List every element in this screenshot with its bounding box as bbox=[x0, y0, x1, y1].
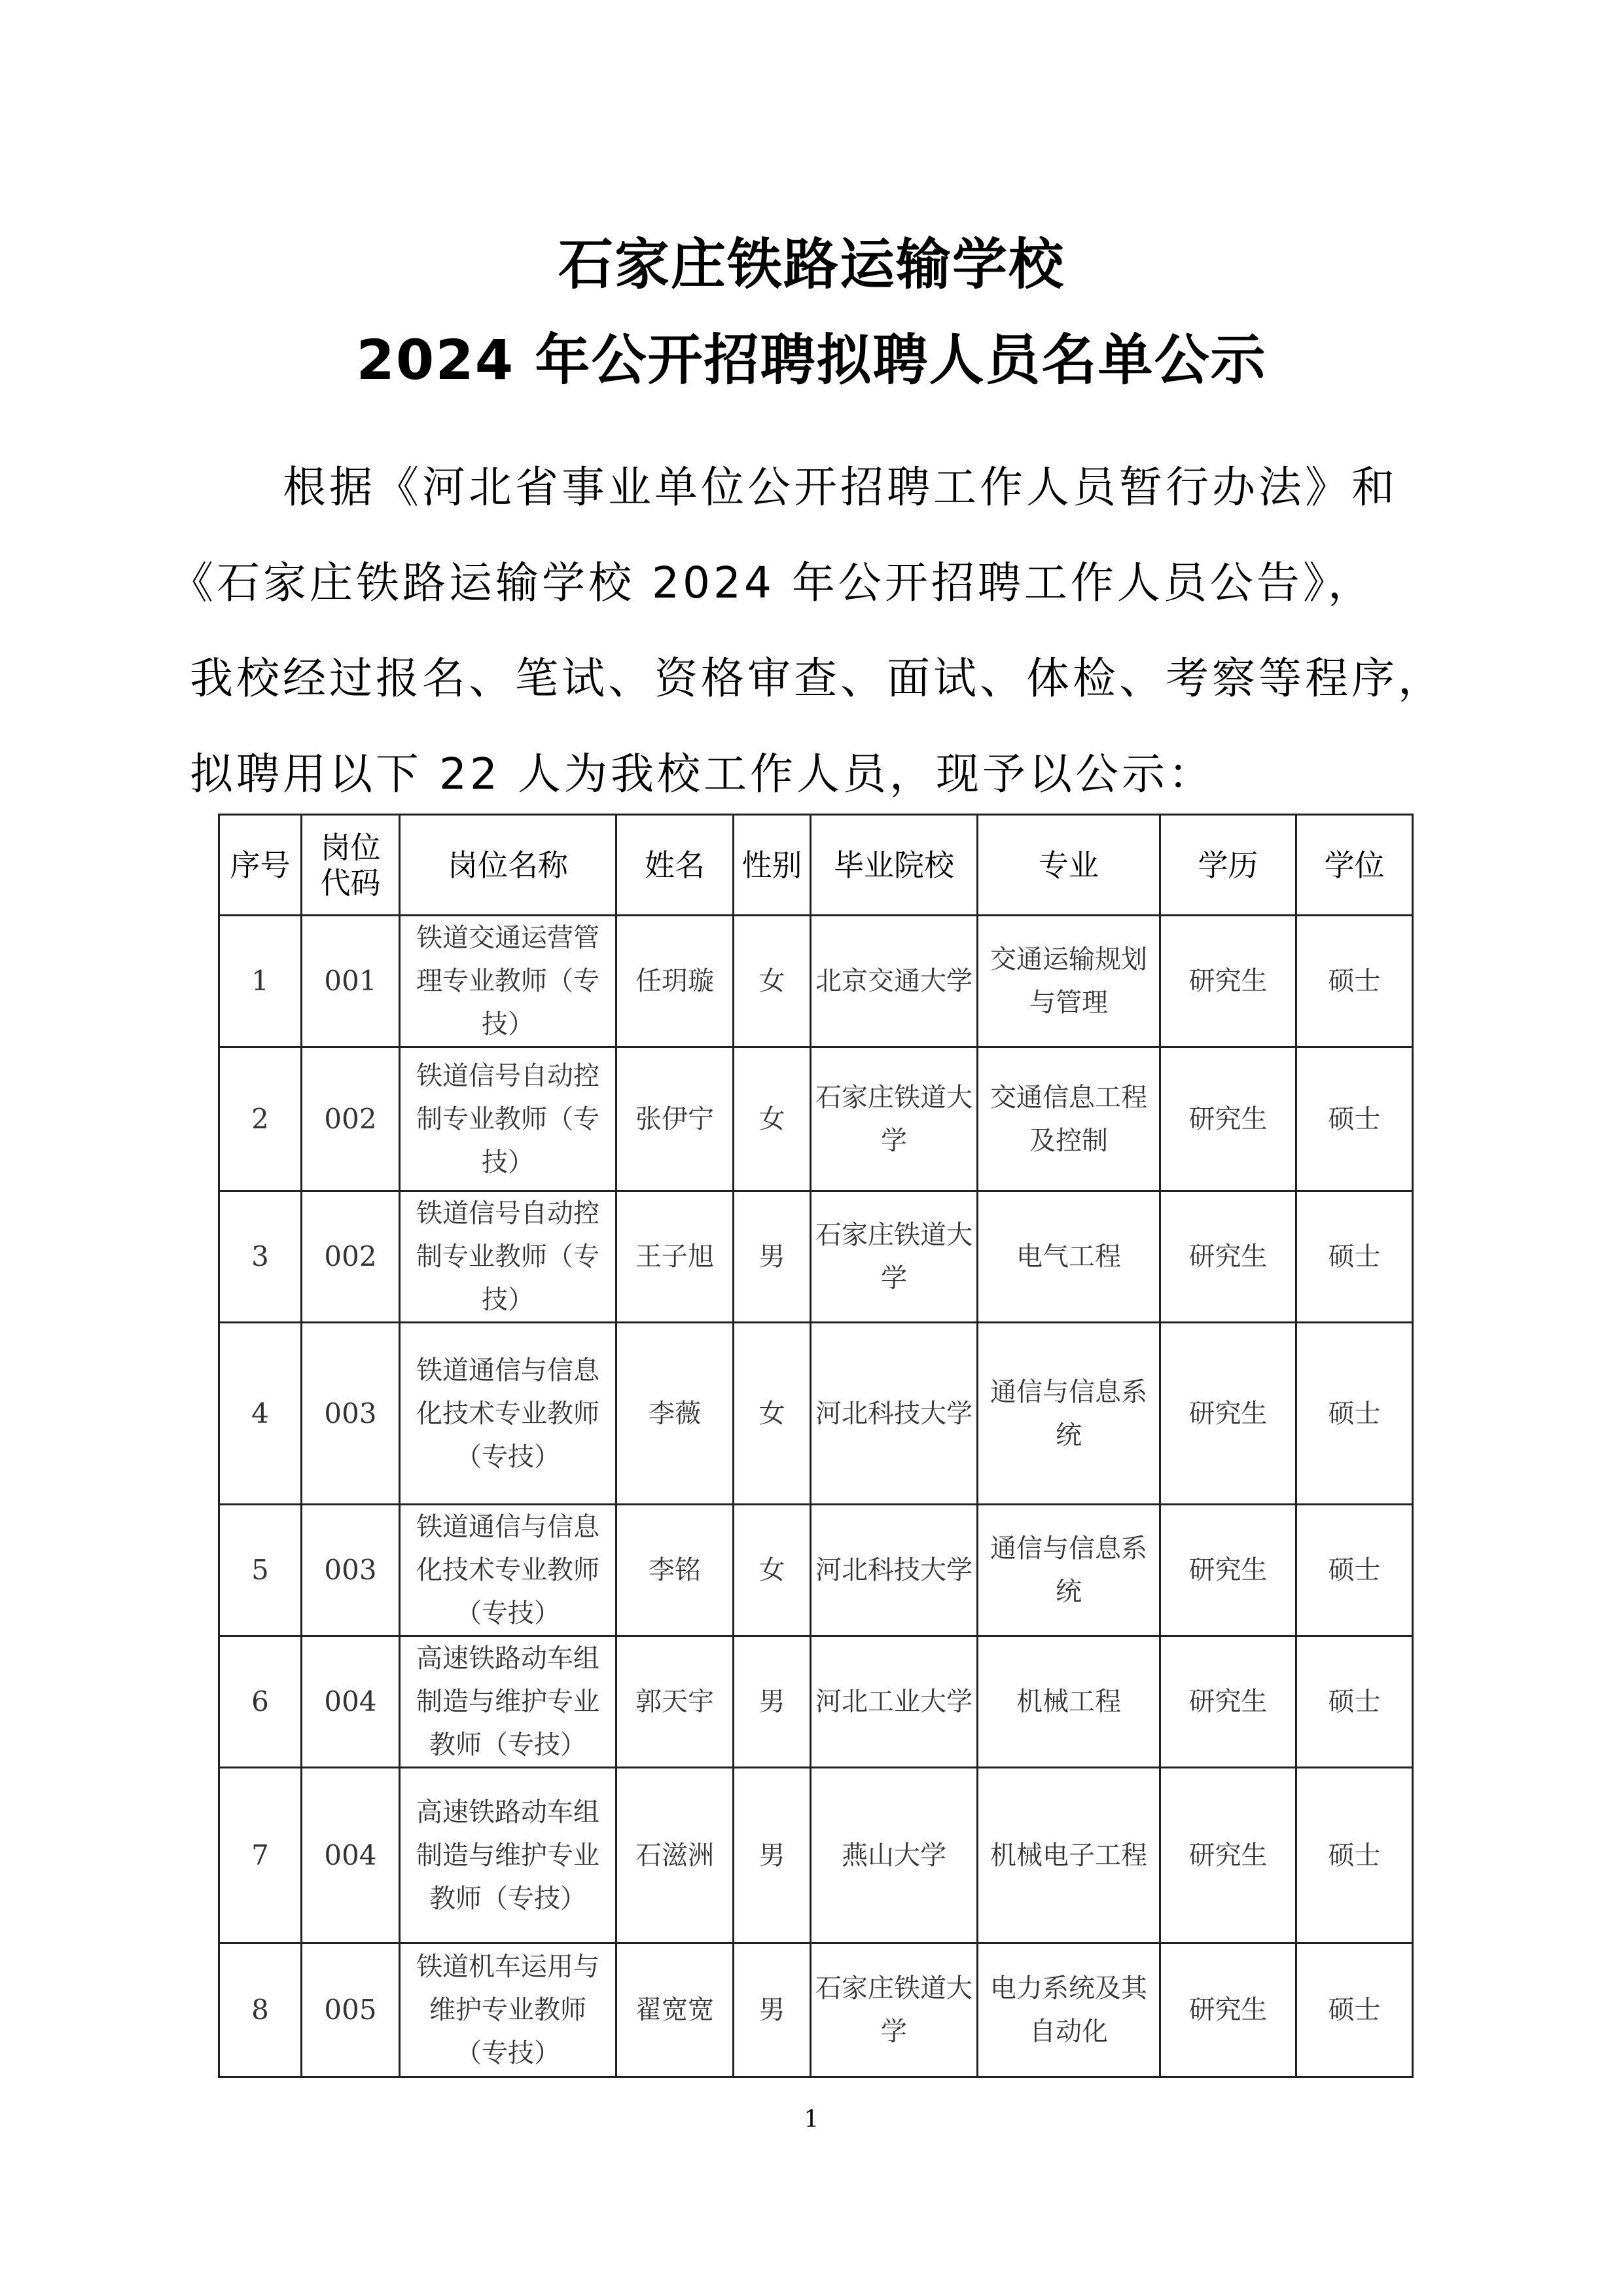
header-school: 毕业院校 bbox=[811, 815, 978, 916]
cell-no: 3 bbox=[219, 1191, 302, 1323]
cell-position-name: 高速铁路动车组制造与维护专业教师（专技） bbox=[400, 1768, 616, 1943]
cell-education: 研究生 bbox=[1160, 1047, 1296, 1191]
cell-degree: 硕士 bbox=[1296, 916, 1413, 1047]
cell-no: 4 bbox=[219, 1323, 302, 1505]
cell-position-name: 铁道信号自动控制专业教师（专技） bbox=[400, 1047, 616, 1191]
cell-position-code: 001 bbox=[302, 916, 400, 1047]
cell-gender: 女 bbox=[734, 1505, 811, 1636]
cell-major: 交通信息工程及控制 bbox=[978, 1047, 1160, 1191]
cell-position-name: 铁道通信与信息化技术专业教师（专技） bbox=[400, 1505, 616, 1636]
cell-school: 石家庄铁道大学 bbox=[811, 1047, 978, 1191]
paragraph-line: 根据《河北省事业单位公开招聘工作人员暂行办法》和 bbox=[190, 440, 1440, 535]
cell-education: 研究生 bbox=[1160, 1191, 1296, 1323]
cell-school: 石家庄铁道大学 bbox=[811, 1943, 978, 2077]
cell-school: 燕山大学 bbox=[811, 1768, 978, 1943]
cell-no: 1 bbox=[219, 916, 302, 1047]
cell-name: 王子旭 bbox=[616, 1191, 734, 1323]
table-row: 1 001 铁道交通运营管理专业教师（专技） 任玥璇 女 北京交通大学 交通运输… bbox=[219, 916, 1413, 1047]
document-title-line-1: 石家庄铁路运输学校 bbox=[0, 237, 1623, 292]
cell-gender: 女 bbox=[734, 1047, 811, 1191]
cell-position-name: 铁道信号自动控制专业教师（专技） bbox=[400, 1191, 616, 1323]
cell-degree: 硕士 bbox=[1296, 1191, 1413, 1323]
cell-position-code: 005 bbox=[302, 1943, 400, 2077]
document-title-line-2: 2024 年公开招聘拟聘人员名单公示 bbox=[0, 332, 1623, 387]
cell-school: 北京交通大学 bbox=[811, 916, 978, 1047]
cell-school: 河北科技大学 bbox=[811, 1323, 978, 1505]
cell-education: 研究生 bbox=[1160, 916, 1296, 1047]
cell-position-name: 铁道机车运用与维护专业教师（专技） bbox=[400, 1943, 616, 2077]
cell-no: 8 bbox=[219, 1943, 302, 2077]
cell-name: 李铭 bbox=[616, 1505, 734, 1636]
cell-major: 电气工程 bbox=[978, 1191, 1160, 1323]
header-name: 姓名 bbox=[616, 815, 734, 916]
table-header-row: 序号 岗位代码 岗位名称 姓名 性别 毕业院校 专业 学历 学位 bbox=[219, 815, 1413, 916]
cell-gender: 男 bbox=[734, 1768, 811, 1943]
header-major: 专业 bbox=[978, 815, 1160, 916]
cell-gender: 女 bbox=[734, 1323, 811, 1505]
cell-position-code: 002 bbox=[302, 1047, 400, 1191]
cell-school: 河北科技大学 bbox=[811, 1505, 978, 1636]
cell-major: 电力系统及其自动化 bbox=[978, 1943, 1160, 2077]
cell-education: 研究生 bbox=[1160, 1505, 1296, 1636]
cell-name: 郭天宇 bbox=[616, 1636, 734, 1768]
cell-gender: 男 bbox=[734, 1636, 811, 1768]
cell-degree: 硕士 bbox=[1296, 1943, 1413, 2077]
header-position-name: 岗位名称 bbox=[400, 815, 616, 916]
cell-name: 石滋洲 bbox=[616, 1768, 734, 1943]
cell-degree: 硕士 bbox=[1296, 1636, 1413, 1768]
cell-education: 研究生 bbox=[1160, 1943, 1296, 2077]
cell-school: 河北工业大学 bbox=[811, 1636, 978, 1768]
cell-gender: 男 bbox=[734, 1943, 811, 2077]
paragraph-line: 我校经过报名、笔试、资格审查、面试、体检、考察等程序， bbox=[190, 631, 1440, 726]
page-number: 1 bbox=[0, 2106, 1623, 2133]
cell-position-name: 铁道通信与信息化技术专业教师（专技） bbox=[400, 1323, 616, 1505]
cell-position-code: 002 bbox=[302, 1191, 400, 1323]
cell-no: 7 bbox=[219, 1768, 302, 1943]
cell-name: 任玥璇 bbox=[616, 916, 734, 1047]
cell-degree: 硕士 bbox=[1296, 1047, 1413, 1191]
cell-major: 通信与信息系统 bbox=[978, 1323, 1160, 1505]
table-row: 2 002 铁道信号自动控制专业教师（专技） 张伊宁 女 石家庄铁道大学 交通信… bbox=[219, 1047, 1413, 1191]
header-position-code: 岗位代码 bbox=[302, 815, 400, 916]
cell-gender: 女 bbox=[734, 916, 811, 1047]
cell-major: 通信与信息系统 bbox=[978, 1505, 1160, 1636]
cell-major: 机械电子工程 bbox=[978, 1768, 1160, 1943]
cell-position-name: 高速铁路动车组制造与维护专业教师（专技） bbox=[400, 1636, 616, 1768]
header-no: 序号 bbox=[219, 815, 302, 916]
cell-degree: 硕士 bbox=[1296, 1768, 1413, 1943]
table-row: 7 004 高速铁路动车组制造与维护专业教师（专技） 石滋洲 男 燕山大学 机械… bbox=[219, 1768, 1413, 1943]
cell-position-name: 铁道交通运营管理专业教师（专技） bbox=[400, 916, 616, 1047]
table-row: 4 003 铁道通信与信息化技术专业教师（专技） 李薇 女 河北科技大学 通信与… bbox=[219, 1323, 1413, 1505]
header-degree: 学位 bbox=[1296, 815, 1413, 916]
cell-name: 翟宽宽 bbox=[616, 1943, 734, 2077]
cell-education: 研究生 bbox=[1160, 1323, 1296, 1505]
cell-position-code: 003 bbox=[302, 1505, 400, 1636]
cell-school: 石家庄铁道大学 bbox=[811, 1191, 978, 1323]
cell-position-code: 004 bbox=[302, 1768, 400, 1943]
table-row: 8 005 铁道机车运用与维护专业教师（专技） 翟宽宽 男 石家庄铁道大学 电力… bbox=[219, 1943, 1413, 2077]
cell-degree: 硕士 bbox=[1296, 1505, 1413, 1636]
cell-degree: 硕士 bbox=[1296, 1323, 1413, 1505]
intro-paragraph: 根据《河北省事业单位公开招聘工作人员暂行办法》和 《石家庄铁路运输学校 2024… bbox=[190, 440, 1440, 822]
paragraph-line: 拟聘用以下 22 人为我校工作人员，现予以公示： bbox=[190, 726, 1440, 822]
cell-name: 张伊宁 bbox=[616, 1047, 734, 1191]
cell-no: 5 bbox=[219, 1505, 302, 1636]
cell-gender: 男 bbox=[734, 1191, 811, 1323]
cell-name: 李薇 bbox=[616, 1323, 734, 1505]
table-row: 3 002 铁道信号自动控制专业教师（专技） 王子旭 男 石家庄铁道大学 电气工… bbox=[219, 1191, 1413, 1323]
hiring-roster-table: 序号 岗位代码 岗位名称 姓名 性别 毕业院校 专业 学历 学位 1 001 铁… bbox=[218, 814, 1414, 2078]
paragraph-line: 《石家庄铁路运输学校 2024 年公开招聘工作人员公告》， bbox=[170, 535, 1440, 631]
cell-position-code: 004 bbox=[302, 1636, 400, 1768]
header-gender: 性别 bbox=[734, 815, 811, 916]
cell-no: 2 bbox=[219, 1047, 302, 1191]
cell-education: 研究生 bbox=[1160, 1636, 1296, 1768]
cell-position-code: 003 bbox=[302, 1323, 400, 1505]
table-row: 5 003 铁道通信与信息化技术专业教师（专技） 李铭 女 河北科技大学 通信与… bbox=[219, 1505, 1413, 1636]
cell-no: 6 bbox=[219, 1636, 302, 1768]
cell-major: 交通运输规划与管理 bbox=[978, 916, 1160, 1047]
cell-education: 研究生 bbox=[1160, 1768, 1296, 1943]
header-education: 学历 bbox=[1160, 815, 1296, 916]
cell-major: 机械工程 bbox=[978, 1636, 1160, 1768]
table-row: 6 004 高速铁路动车组制造与维护专业教师（专技） 郭天宇 男 河北工业大学 … bbox=[219, 1636, 1413, 1768]
